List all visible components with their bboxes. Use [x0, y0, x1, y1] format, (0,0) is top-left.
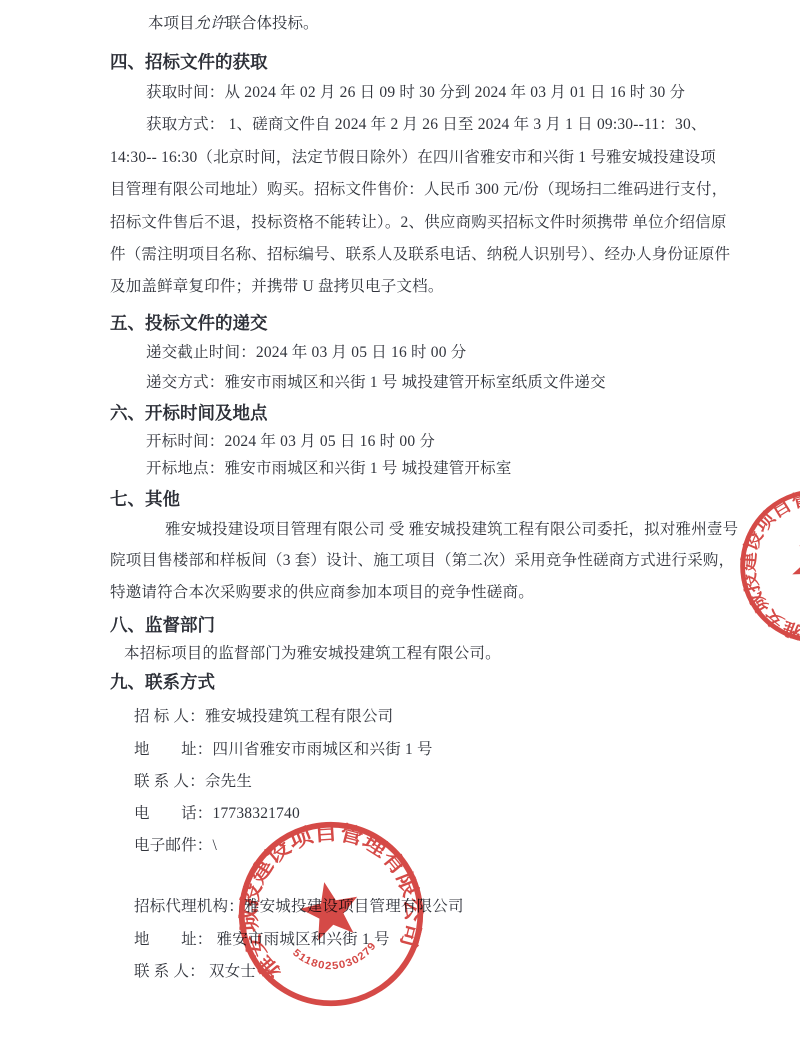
s4-method-line: 目管理有限公司地址）购买。招标文件售价：人民币 300 元/份（现场扫二维码进行…: [110, 174, 730, 206]
s7-body-line: 特邀请符合本次采购要求的供应商参加本项目的竞争性磋商。: [110, 577, 730, 609]
s4-method-line: 14:30-- 16:30（北京时间，法定节假日除外）在四川省雅安市和兴街 1 …: [110, 142, 730, 174]
section-4-heading: 四、招标文件的获取: [110, 47, 730, 77]
intro-prefix: 本项目: [148, 15, 195, 32]
s4-method-line: 及加盖鲜章复印件；并携带 U 盘拷贝电子文档。: [110, 271, 730, 303]
s4-method-line: 获取方式： 1、磋商文件自 2024 年 2 月 26 日至 2024 年 3 …: [110, 109, 730, 141]
s4-method-line: 件（需注明项目名称、招标编号、联系人及联系电话、纳税人识别号）、经办人身份证原件: [110, 239, 730, 271]
section-7-heading: 七、其他: [110, 484, 730, 514]
s7-body-line: 雅安城投建设项目管理有限公司 受 雅安城投建筑工程有限公司委托，拟对雅州壹号: [110, 514, 730, 546]
intro-emphasis: 允许: [195, 14, 226, 32]
s4-obtain-time: 获取时间：从 2024 年 02 月 26 日 09 时 30 分到 2024 …: [110, 77, 730, 109]
document-content: 本项目允许联合体投标。 四、招标文件的获取 获取时间：从 2024 年 02 月…: [110, 0, 730, 988]
seal-code-text: 5118025030279: [289, 930, 383, 981]
section-6-heading: 六、开标时间及地点: [110, 398, 730, 428]
s4-method-line: 招标文件售后不退，投标资格不能转让）。2、供应商购买招标文件时须携带 单位介绍信…: [110, 207, 730, 239]
star-icon: [296, 876, 365, 943]
s7-body-line: 院项目售楼部和样板间（3 套）设计、施工项目（第二次）采用竞争性磋商方式进行采购…: [110, 545, 730, 577]
section-8-heading: 八、监督部门: [110, 610, 730, 640]
tenderer-phone: 电 话：17738321740: [110, 798, 730, 830]
tenderer-contact-person: 联 系 人：佘先生: [110, 766, 730, 798]
s6-open-place: 开标地点：雅安市雨城区和兴街 1 号 城投建管开标室: [110, 455, 730, 482]
intro-line: 本项目允许联合体投标。: [110, 8, 730, 39]
section-5-heading: 五、投标文件的递交: [110, 308, 730, 338]
s5-deadline: 递交截止时间：2024 年 03 月 05 日 16 时 00 分: [110, 338, 730, 368]
s6-open-time: 开标时间：2024 年 03 月 05 日 16 时 00 分: [110, 428, 730, 455]
document-page: 本项目允许联合体投标。 四、招标文件的获取 获取时间：从 2024 年 02 月…: [0, 0, 800, 1039]
tenderer-address: 地 址：四川省雅安市雨城区和兴街 1 号: [110, 734, 730, 766]
tenderer-contact-block: 招 标 人：雅安城投建筑工程有限公司 地 址：四川省雅安市雨城区和兴街 1 号 …: [110, 701, 730, 862]
tenderer-email: 电子邮件：\: [110, 830, 730, 862]
s5-method: 递交方式：雅安市雨城区和兴街 1 号 城投建管开标室纸质文件递交: [110, 368, 730, 398]
company-seal: 雅安城投建设项目管理有限公司 5118025030279: [217, 800, 445, 1028]
star-icon: [781, 530, 800, 597]
tenderer-name: 招 标 人：雅安城投建筑工程有限公司: [110, 701, 730, 733]
s8-body: 本招标项目的监督部门为雅安城投建筑工程有限公司。: [110, 640, 730, 667]
intro-suffix: 联合体投标。: [226, 15, 319, 32]
section-9-heading: 九、联系方式: [110, 667, 730, 697]
